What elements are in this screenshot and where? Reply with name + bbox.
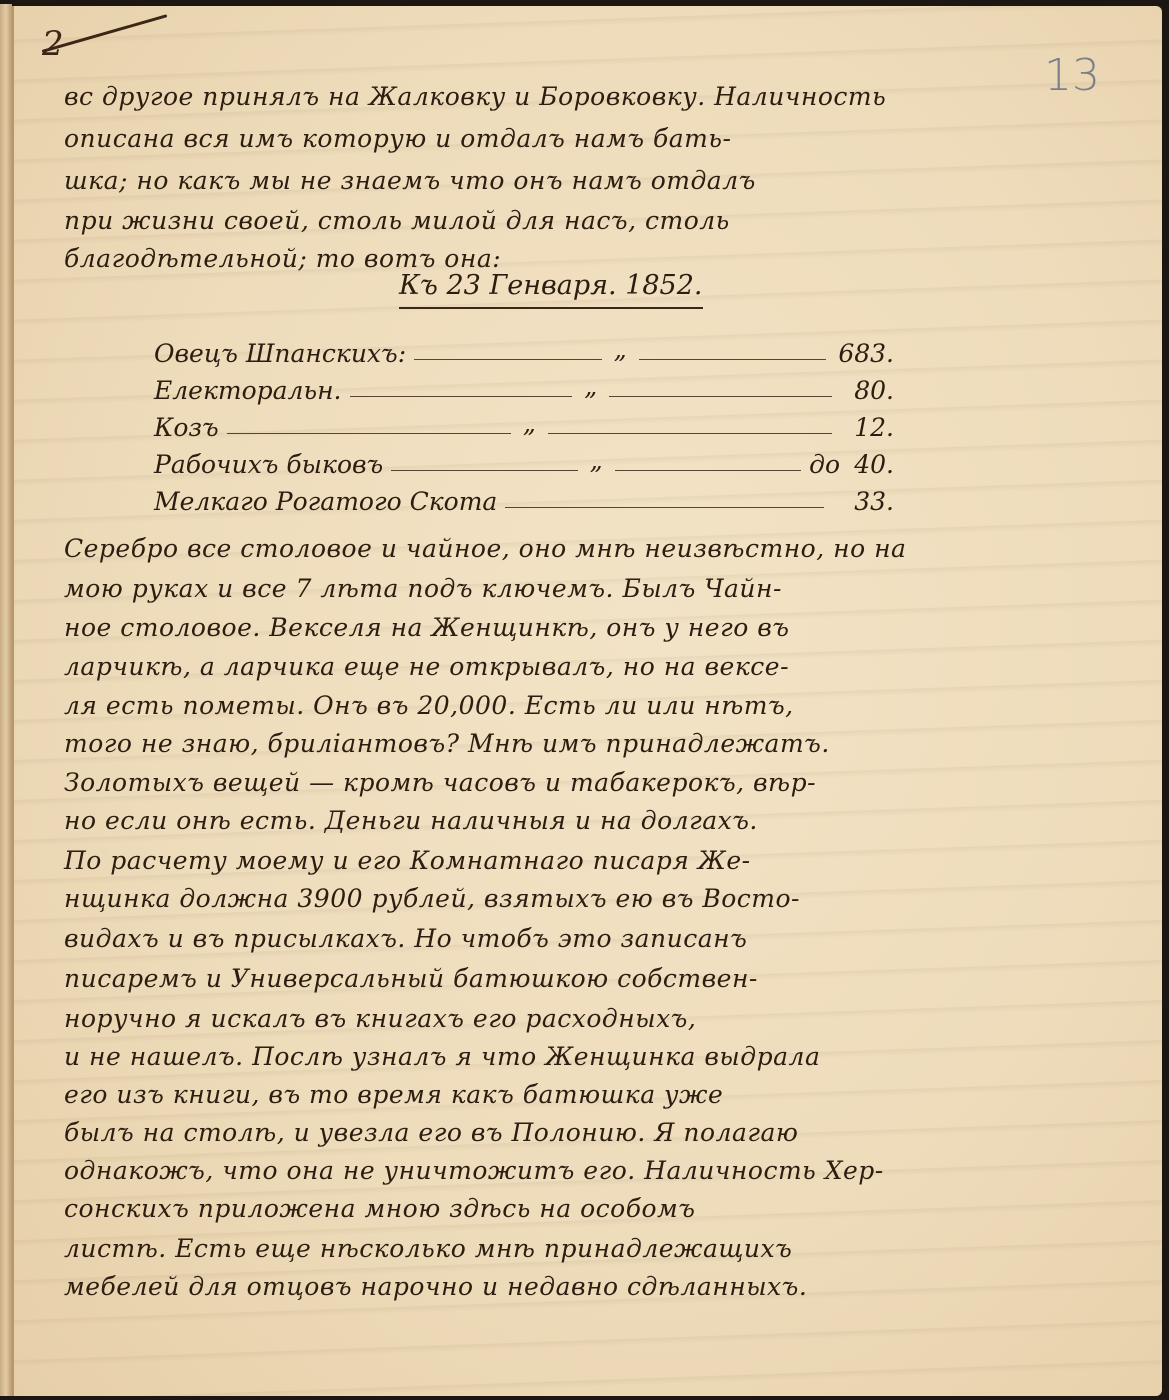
ditto-mark: „ — [584, 372, 597, 401]
inventory-row: Електоральн. „ 80. — [154, 369, 894, 405]
text-line: того не знаю, бриліантовъ? Мнѣ имъ прина… — [64, 729, 1162, 758]
text-line: благодѣтельной; то вотъ она: — [64, 244, 1162, 273]
inventory-label: Електоральн. — [154, 376, 342, 405]
text-line: нщинка должна 3900 рублей, взятыхъ ею въ… — [64, 884, 1162, 913]
inventory-row: Овецъ Шпанскихъ: „ 683. — [154, 332, 894, 368]
inventory-prefix: до — [809, 450, 840, 479]
ditto-mark: „ — [590, 446, 603, 475]
text-line: но если онѣ есть. Деньги наличныя и на д… — [64, 806, 1162, 835]
inventory-row: Рабочихъ быковъ „ до 40. — [154, 443, 894, 479]
inventory-row: Козъ „ 12. — [154, 406, 894, 442]
text-line: вс другое принялъ на Жалковку и Боровков… — [64, 82, 1162, 111]
leader-line — [391, 470, 577, 471]
leader-line — [615, 470, 801, 471]
text-line: и не нашелъ. Послѣ узналъ я что Женщинка… — [64, 1042, 1162, 1071]
inventory-label: Рабочихъ быковъ — [154, 450, 383, 479]
text-line: Серебро все столовое и чайное, оно мнѣ н… — [64, 534, 1162, 563]
leader-line — [609, 396, 832, 397]
text-line: ля есть пометы. Онъ въ 20,000. Есть ли и… — [64, 691, 1162, 720]
leader-line — [548, 433, 832, 434]
text-line: норучно я искалъ въ книгахъ его расходны… — [64, 1004, 1162, 1033]
text-line: сонскихъ приложена мною здѣсь на особомъ — [64, 1194, 1162, 1223]
date-heading: Къ 23 Генваря. 1852. — [399, 270, 703, 309]
leader-line — [350, 396, 573, 397]
text-line: мою руках и все 7 лѣта подъ ключемъ. Был… — [64, 574, 1162, 603]
leader-line — [227, 433, 511, 434]
text-line: По расчету моему и его Комнатнаго писаря… — [64, 846, 1162, 875]
text-line: былъ на столѣ, и увезла его въ Полонию. … — [64, 1118, 1162, 1147]
manuscript-page: 2 13 вс другое принялъ на Жалковку и Бор… — [12, 6, 1162, 1396]
text-line: Золотыхъ вещей — кромѣ часовъ и табакеро… — [64, 768, 1162, 797]
text-line: при жизни своей, столь милой для насъ, с… — [64, 206, 1162, 235]
leader-line — [414, 359, 602, 360]
leader-line — [505, 507, 824, 508]
text-line: его изъ книги, въ то время какъ батюшка … — [64, 1080, 1162, 1109]
text-line: шка; но какъ мы не знаемъ что онъ намъ о… — [64, 166, 1162, 195]
text-line: писаремъ и Универсальный батюшкою собств… — [64, 964, 1162, 993]
inventory-value: 12. — [844, 413, 894, 442]
inventory-value: 33. — [844, 487, 894, 516]
text-line: однакожъ, что она не уничтожитъ его. Нал… — [64, 1156, 1162, 1185]
inventory-label: Овецъ Шпанскихъ: — [154, 339, 406, 368]
text-line: листѣ. Есть еще нѣсколько мнѣ принадлежа… — [64, 1234, 1162, 1263]
book-binding-edge — [0, 4, 12, 1396]
inventory-value: 80. — [844, 376, 894, 405]
text-line: описана вся имъ которую и отдалъ намъ ба… — [64, 124, 1162, 153]
text-line: видахъ и въ присылкахъ. Но чтобъ это зап… — [64, 924, 1162, 953]
text-line: мебелей для отцовъ нарочно и недавно сдѣ… — [64, 1272, 1162, 1301]
leader-line — [639, 359, 827, 360]
inventory-row: Мелкаго Рогатого Скота 33. — [154, 480, 894, 516]
inventory-label: Мелкаго Рогатого Скота — [154, 487, 497, 516]
inventory-label: Козъ — [154, 413, 219, 442]
ditto-mark: „ — [523, 409, 536, 438]
text-line: ное столовое. Векселя на Женщинкѣ, онъ у… — [64, 613, 1162, 642]
inventory-value: 40. — [844, 450, 894, 479]
ditto-mark: „ — [614, 335, 627, 364]
text-line: ларчикѣ, а ларчика еще не открывалъ, но … — [64, 652, 1162, 681]
inventory-value: 683. — [838, 339, 894, 368]
